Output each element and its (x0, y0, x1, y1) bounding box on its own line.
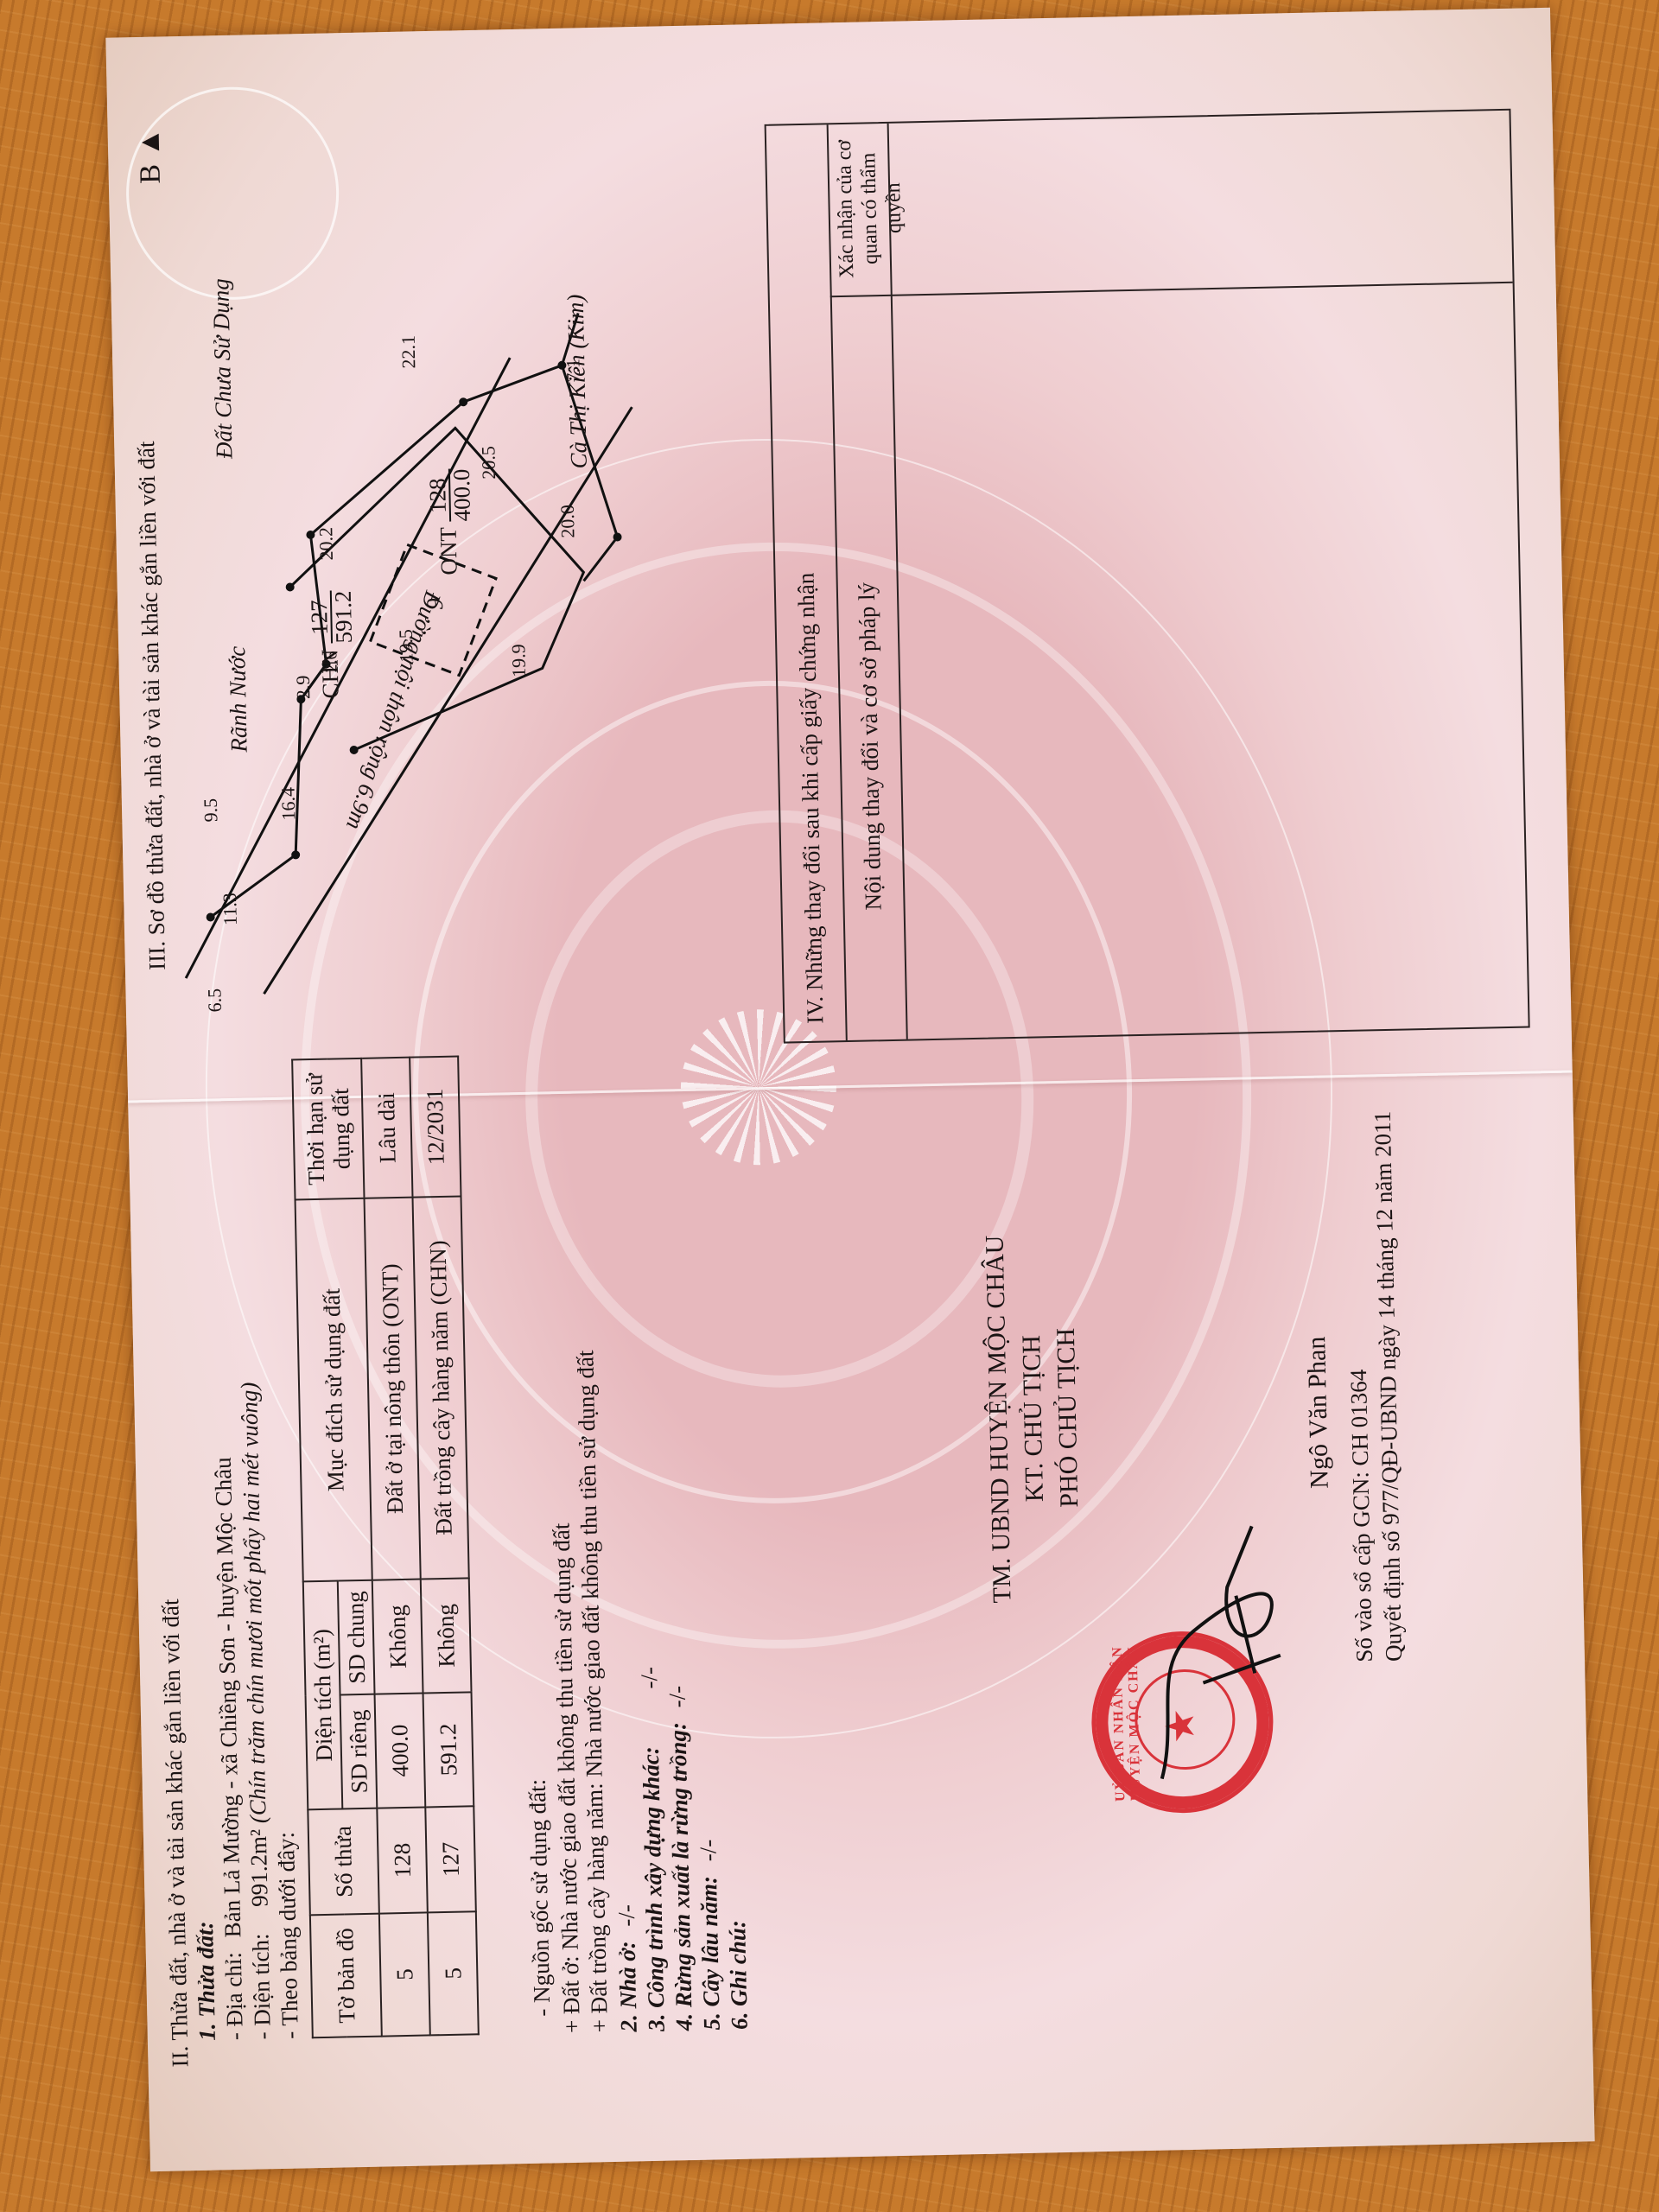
col-map-sheet: Tờ bản đồ (310, 1914, 382, 2038)
certificate-paper: II. Thửa đất, nhà ở và tài sản khác gắn … (105, 8, 1594, 2171)
cell-map-sheet: 5 (428, 1911, 479, 2035)
cell-purpose: Đất ở tại nông thôn (ONT) (365, 1198, 421, 1580)
col-area-group: Diện tích (m²) (303, 1581, 343, 1810)
signature-block: TM. UBND HUYỆN MỘC CHÂU KT. CHỦ TỊCH PHÓ… (976, 1175, 1090, 1661)
cell-map-sheet: 5 (379, 1912, 430, 2036)
confirm-column: Xác nhận của cơ quan có thẩm quyền (830, 282, 1513, 298)
edge-length: 20.5 (477, 446, 500, 480)
cell-term: Lâu dài (361, 1058, 412, 1198)
col-change-content: Nội dung thay đổi và cơ sở pháp lý (852, 582, 888, 911)
signer-name: Ngô Văn Phan (1296, 1170, 1341, 1655)
area-label: - Diện tích: (247, 1933, 276, 2040)
cell-term: 12/2031 (410, 1056, 461, 1197)
edge-length: 11.3 (219, 893, 242, 925)
item-perennial-trees: 5. Cây lâu năm: -/- (693, 1840, 727, 2031)
col-authority-confirm: Xác nhận của cơ quan có thẩm quyền (832, 130, 908, 287)
item-value: -/- (636, 1667, 663, 1689)
edge-length: 2.6 (321, 651, 342, 672)
section2-title: II. Thửa đất, nhà ở và tài sản khác gắn … (156, 1599, 194, 2068)
cell-purpose: Đất trồng cây hàng năm (CHN) (412, 1196, 468, 1579)
edge-length: 22.1 (397, 335, 421, 369)
section3-title: III. Sơ đồ thửa đất, nhà ở và tài sản kh… (131, 441, 172, 970)
parcel-area: 591.2 (332, 590, 355, 643)
item-label: 2. Nhà ở: (614, 1941, 642, 2032)
edge-length: 6.5 (203, 988, 226, 1013)
col-parcel-no: Số thửa (308, 1808, 379, 1916)
parcel-area: 400.0 (450, 468, 474, 521)
edge-length: 20.2 (315, 527, 338, 561)
label-parcel-chn: CHN 127 591.2 (308, 590, 357, 699)
cell-parcel-no: 128 (377, 1807, 428, 1913)
signature-scribble (1139, 1508, 1300, 1788)
north-arrow: B ▲ (134, 127, 168, 184)
edge-length: 19.5 (395, 629, 418, 663)
edge-length: 2.9 (292, 675, 315, 699)
col-purpose: Mục đích sử dụng đất (296, 1198, 372, 1582)
item-value: -/- (695, 1840, 721, 1862)
edge-length: 16.4 (277, 787, 301, 821)
certificate-content: II. Thửa đất, nhà ở và tài sản khác gắn … (105, 8, 1594, 2171)
edge-length: 19.9 (507, 644, 531, 677)
item-label: 4. Rừng sản xuất là rừng trồng: (664, 1722, 696, 2031)
item-label: 6. Ghi chú: (724, 1920, 753, 2030)
section4-title: IV. Những thay đổi sau khi cấp giấy chứn… (791, 572, 829, 1024)
label-ditch: Rãnh Nước (222, 646, 254, 753)
changes-table: IV. Những thay đổi sau khi cấp giấy chứn… (765, 109, 1530, 1044)
cell-parcel-no: 127 (425, 1806, 476, 1912)
table-intro: - Theo bảng dưới đây: (271, 1832, 305, 2040)
edge-length: 9.5 (200, 798, 223, 823)
item-notes: 6. Ghi chú: (722, 1920, 754, 2030)
col-area-shared: SD chung (338, 1580, 375, 1695)
cell-area-shared: Không (372, 1580, 423, 1694)
parcel-number: 128 (426, 469, 451, 522)
col-area-private: SD riêng (340, 1694, 378, 1809)
label-parcel-ont: ONT 128 400.0 (426, 468, 475, 575)
item-value: -/- (664, 1686, 690, 1708)
area-words: (Chín trăm chín mươi mốt phẩy hai mét vu… (236, 1382, 271, 1823)
col-term: Thời hạn sử dụng đất (292, 1058, 364, 1200)
label-unused-land: Đất Chưa Sử Dụng (206, 278, 238, 459)
cell-area-private: 400.0 (375, 1694, 426, 1808)
item-label: 5. Cây lâu năm: (696, 1876, 725, 2031)
area-value: 991.2m² (245, 1829, 273, 1907)
parcel-code: ONT (435, 527, 461, 575)
north-arrow-icon: ▲ (134, 128, 167, 157)
cell-area-private: 591.2 (423, 1692, 474, 1807)
north-label: B (134, 164, 166, 184)
item-value: -/- (613, 1904, 640, 1927)
origin-title: - Nguồn gốc sử dụng đất: (523, 1779, 557, 2018)
section2-sub1-title: 1. Thửa đất: (190, 1921, 222, 2041)
cell-area-shared: Không (421, 1578, 472, 1693)
edge-length: 20.0 (556, 505, 580, 538)
parcel-table: Tờ bản đồ Số thửa Diện tích (m²) Mục đíc… (291, 1055, 480, 2038)
edge-length: 7.1 (562, 359, 585, 383)
parcel-number: 127 (308, 591, 333, 644)
label-house: 9 (420, 598, 449, 610)
address-label: - Địa chỉ: (220, 1952, 248, 2041)
